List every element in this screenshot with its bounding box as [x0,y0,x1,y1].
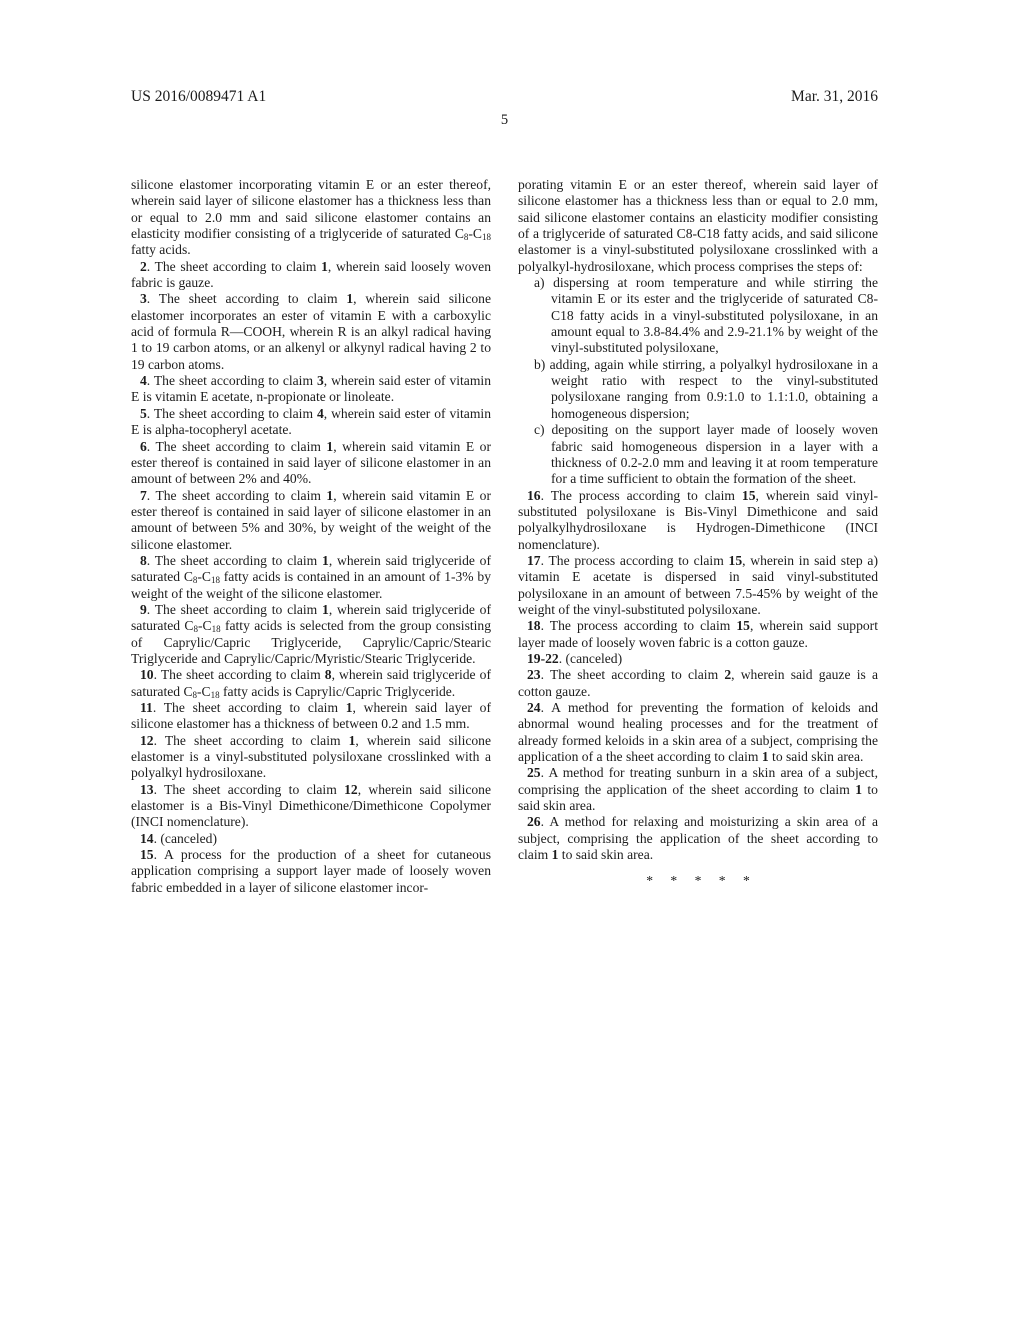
claim-paragraph: 8. The sheet according to claim 1, where… [131,553,491,602]
claim-paragraph: 5. The sheet according to claim 4, where… [131,406,491,439]
right-column: porating vitamin E or an ester thereof, … [518,177,878,896]
claim-paragraph: 10. The sheet according to claim 8, wher… [131,667,491,700]
claim-paragraph: 2. The sheet according to claim 1, where… [131,259,491,292]
claim-step-paragraph: c) depositing on the support layer made … [518,422,878,487]
claim-paragraph: 3. The sheet according to claim 1, where… [131,291,491,373]
claim-paragraph: porating vitamin E or an ester thereof, … [518,177,878,275]
claim-paragraph: 24. A method for preventing the formatio… [518,700,878,765]
claim-paragraph: 14. (canceled) [131,831,491,847]
claim-paragraph: 23. The sheet according to claim 2, wher… [518,667,878,700]
claim-paragraph: 7. The sheet according to claim 1, where… [131,488,491,553]
claim-paragraph: 18. The process according to claim 15, w… [518,618,878,651]
claim-paragraph: 25. A method for treating sunburn in a s… [518,765,878,814]
claim-step-paragraph: b) adding, again while stirring, a polya… [518,357,878,422]
claim-paragraph: 9. The sheet according to claim 1, where… [131,602,491,667]
publication-number: US 2016/0089471 A1 [131,88,266,106]
claims-text-block: silicone elastomer incorporating vitamin… [131,177,878,896]
page-number: 5 [131,112,878,129]
patent-page: US 2016/0089471 A1 Mar. 31, 2016 5 silic… [0,0,1024,1320]
claim-paragraph: 26. A method for relaxing and moisturizi… [518,814,878,863]
claim-paragraph: 6. The sheet according to claim 1, where… [131,439,491,488]
page-header: US 2016/0089471 A1 Mar. 31, 2016 [131,88,878,106]
claim-step-paragraph: a) dispersing at room temperature and wh… [518,275,878,357]
claim-paragraph: 11. The sheet according to claim 1, wher… [131,700,491,733]
left-column: silicone elastomer incorporating vitamin… [131,177,491,896]
claim-paragraph: 19-22. (canceled) [518,651,878,667]
claim-paragraph: 16. The process according to claim 15, w… [518,488,878,553]
claim-paragraph: 4. The sheet according to claim 3, where… [131,373,491,406]
claim-paragraph: 12. The sheet according to claim 1, wher… [131,733,491,782]
publication-date: Mar. 31, 2016 [791,88,878,106]
claim-paragraph: silicone elastomer incorporating vitamin… [131,177,491,259]
end-of-claims-marker: * * * * * [518,863,878,889]
claim-paragraph: 15. A process for the production of a sh… [131,847,491,896]
claim-paragraph: 13. The sheet according to claim 12, whe… [131,782,491,831]
claim-paragraph: 17. The process according to claim 15, w… [518,553,878,618]
